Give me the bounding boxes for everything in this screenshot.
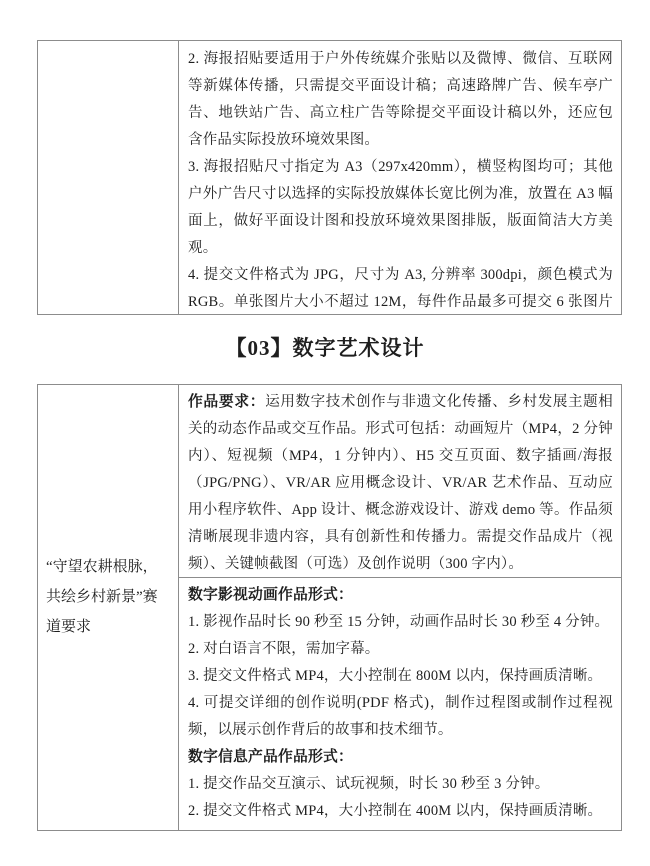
table1-requirements-cell: 2. 海报招贴要适用于户外传统媒介张贴以及微博、微信、互联网等新媒体传播，只需提… <box>179 41 621 314</box>
section-heading: 【03】数字艺术设计 <box>0 331 650 365</box>
film-format-item: 2. 对白语言不限，需加字幕。 <box>188 636 613 663</box>
work-requirements-text: 运用数字技术创作与非遗文化传播、乡村发展主题相关的动态作品或交互作品。形式可包括… <box>188 394 613 572</box>
table2-right-column: 作品要求：运用数字技术创作与非遗文化传播、乡村发展主题相关的动态作品或交互作品。… <box>179 385 621 830</box>
track-name-line: 道要求 <box>46 612 174 642</box>
work-requirements-paragraph: 作品要求：运用数字技术创作与非遗文化传播、乡村发展主题相关的动态作品或交互作品。… <box>188 389 613 578</box>
poster-requirements-table: 2. 海报招贴要适用于户外传统媒介张贴以及微博、微信、互联网等新媒体传播，只需提… <box>37 40 622 315</box>
info-format-item: 1. 提交作品交互演示、试玩视频，时长 30 秒至 3 分钟。 <box>188 771 613 798</box>
film-format-item: 4. 可提交详细的创作说明(PDF 格式)，制作过程图或制作过程视频，以展示创作… <box>188 690 613 744</box>
work-requirements-label: 作品要求： <box>188 394 265 410</box>
film-animation-format-heading: 数字影视动画作品形式： <box>188 582 613 609</box>
info-format-item: 2. 提交文件格式 MP4，大小控制在 400M 以内，保持画质清晰。 <box>188 798 613 825</box>
document-page: 2. 海报招贴要适用于户外传统媒介张贴以及微博、微信、互联网等新媒体传播，只需提… <box>0 0 650 866</box>
track-name-line: 共绘乡村新景”赛 <box>46 582 174 612</box>
requirement-item: 4. 提交文件格式为 JPG，尺寸为 A3, 分辨率 300dpi，颜色模式为 … <box>188 262 613 314</box>
work-requirements-cell: 作品要求：运用数字技术创作与非遗文化传播、乡村发展主题相关的动态作品或交互作品。… <box>179 385 621 578</box>
film-format-item: 1. 影视作品时长 90 秒至 15 分钟，动画作品时长 30 秒至 4 分钟。 <box>188 609 613 636</box>
track-name-line: “守望农耕根脉， <box>46 552 174 582</box>
info-product-format-heading: 数字信息产品作品形式： <box>188 744 613 771</box>
track-name-cell: “守望农耕根脉， 共绘乡村新景”赛 道要求 <box>38 385 179 830</box>
film-format-item: 3. 提交文件格式 MP4，大小控制在 800M 以内，保持画质清晰。 <box>188 663 613 690</box>
requirement-item: 3. 海报招贴尺寸指定为 A3（297x420mm），横竖构图均可；其他户外广告… <box>188 154 613 262</box>
table1-left-cell <box>38 41 179 314</box>
requirement-item: 2. 海报招贴要适用于户外传统媒介张贴以及微博、微信、互联网等新媒体传播，只需提… <box>188 46 613 154</box>
digital-art-table: “守望农耕根脉， 共绘乡村新景”赛 道要求 作品要求：运用数字技术创作与非遗文化… <box>37 384 622 831</box>
work-format-cell: 数字影视动画作品形式： 1. 影视作品时长 90 秒至 15 分钟，动画作品时长… <box>179 578 621 830</box>
